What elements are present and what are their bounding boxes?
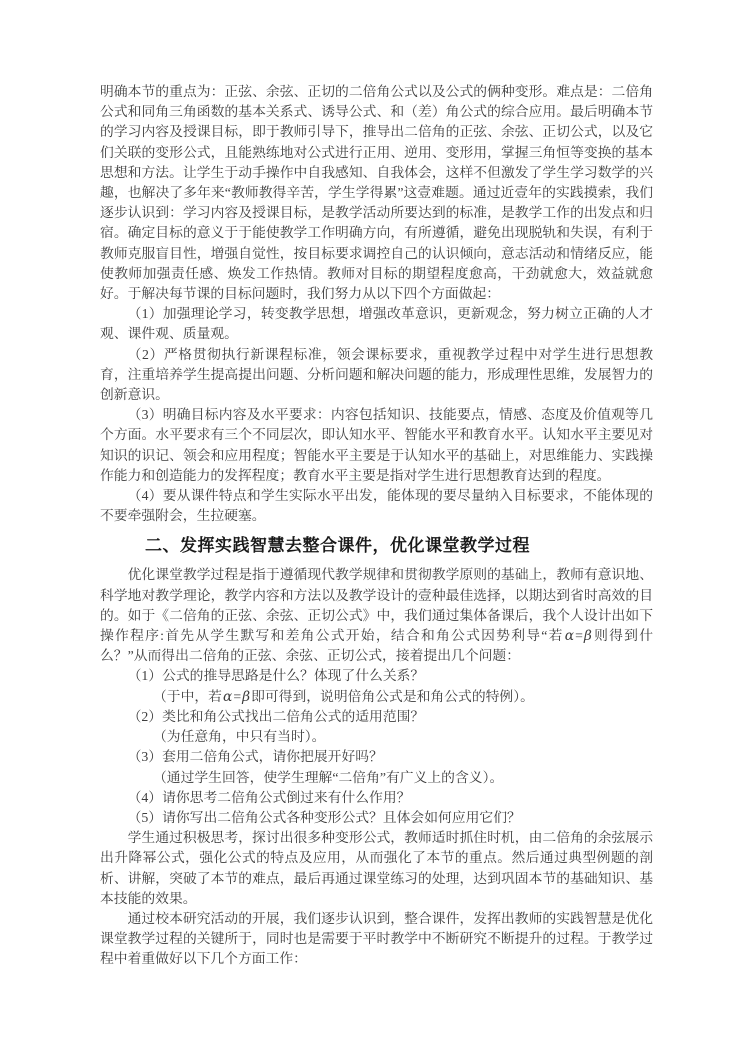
list-item-1: （1）加强理论学习，转变教学思想，增强改革意识，更新观念，努力树立正确的人才观、… (100, 304, 653, 344)
para-lesson-key-points: 明确本节的重点为：正弦、余弦、正切的二倍角公式以及公式的俩种变形。难点是：二倍角… (100, 82, 653, 304)
math-symbol: α (222, 689, 233, 705)
text-column: 明确本节的重点为：正弦、余弦、正切的二倍角公式以及公式的俩种变形。难点是：二倍角… (100, 82, 653, 970)
question-4: （4）请你思考二倍角公式倒过来有什么作用？ (100, 788, 653, 808)
math-symbol: α (564, 628, 575, 644)
answer-1: （于中，若α=β即可得到，说明倍角公式是和角公式的特例）。 (153, 687, 653, 707)
answer-2: （为任意角，中只有当时）。 (153, 727, 653, 747)
document-page: 明确本节的重点为：正弦、余弦、正切的二倍角公式以及公式的俩种变形。难点是：二倍角… (0, 0, 744, 1052)
para-optimize-process: 优化课堂教学过程是指于遵循现代教学规律和贯彻教学原则的基础上，教师有意识地、科学… (100, 565, 653, 666)
list-item-3: （3）明确目标内容及水平要求：内容包括知识、技能要点，情感、态度及价值观等几个方… (100, 405, 653, 486)
para-students-explore: 学生通过积极思考，探讨出很多种变形公式，教师适时抓住时机，由二倍角的余弦展示出升… (100, 828, 653, 909)
question-2: （2）类比和角公式找出二倍角公式的适用范围？ (100, 707, 653, 727)
math-symbol: β (583, 628, 593, 644)
answer-3: （通过学生回答，使学生理解“二倍角”有广义上的含义）。 (153, 768, 653, 788)
question-5: （5）请你写出二倍角公式各种变形公式？且体会如何应用它们？ (100, 808, 653, 828)
para-school-research: 通过校本研究活动的开展，我们逐步认识到，整合课件，发挥出教师的实践智慧是优化课堂… (100, 909, 653, 970)
section-2-heading: 二、发挥实践智慧去整合课件，优化课堂教学过程 (145, 534, 653, 558)
math-symbol: β (241, 689, 251, 705)
question-3: （3）套用二倍角公式，请你把展开好吗？ (100, 747, 653, 767)
question-1: （1）公式的推导思路是什么？体现了什么关系？ (100, 666, 653, 686)
list-item-2: （2）严格贯彻执行新课程标准，领会课标要求，重视教学过程中对学生进行思想教育，注… (100, 345, 653, 406)
list-item-4: （4）要从课件特点和学生实际水平出发，能体现的要尽量纳入目标要求，不能体现的不要… (100, 486, 653, 526)
